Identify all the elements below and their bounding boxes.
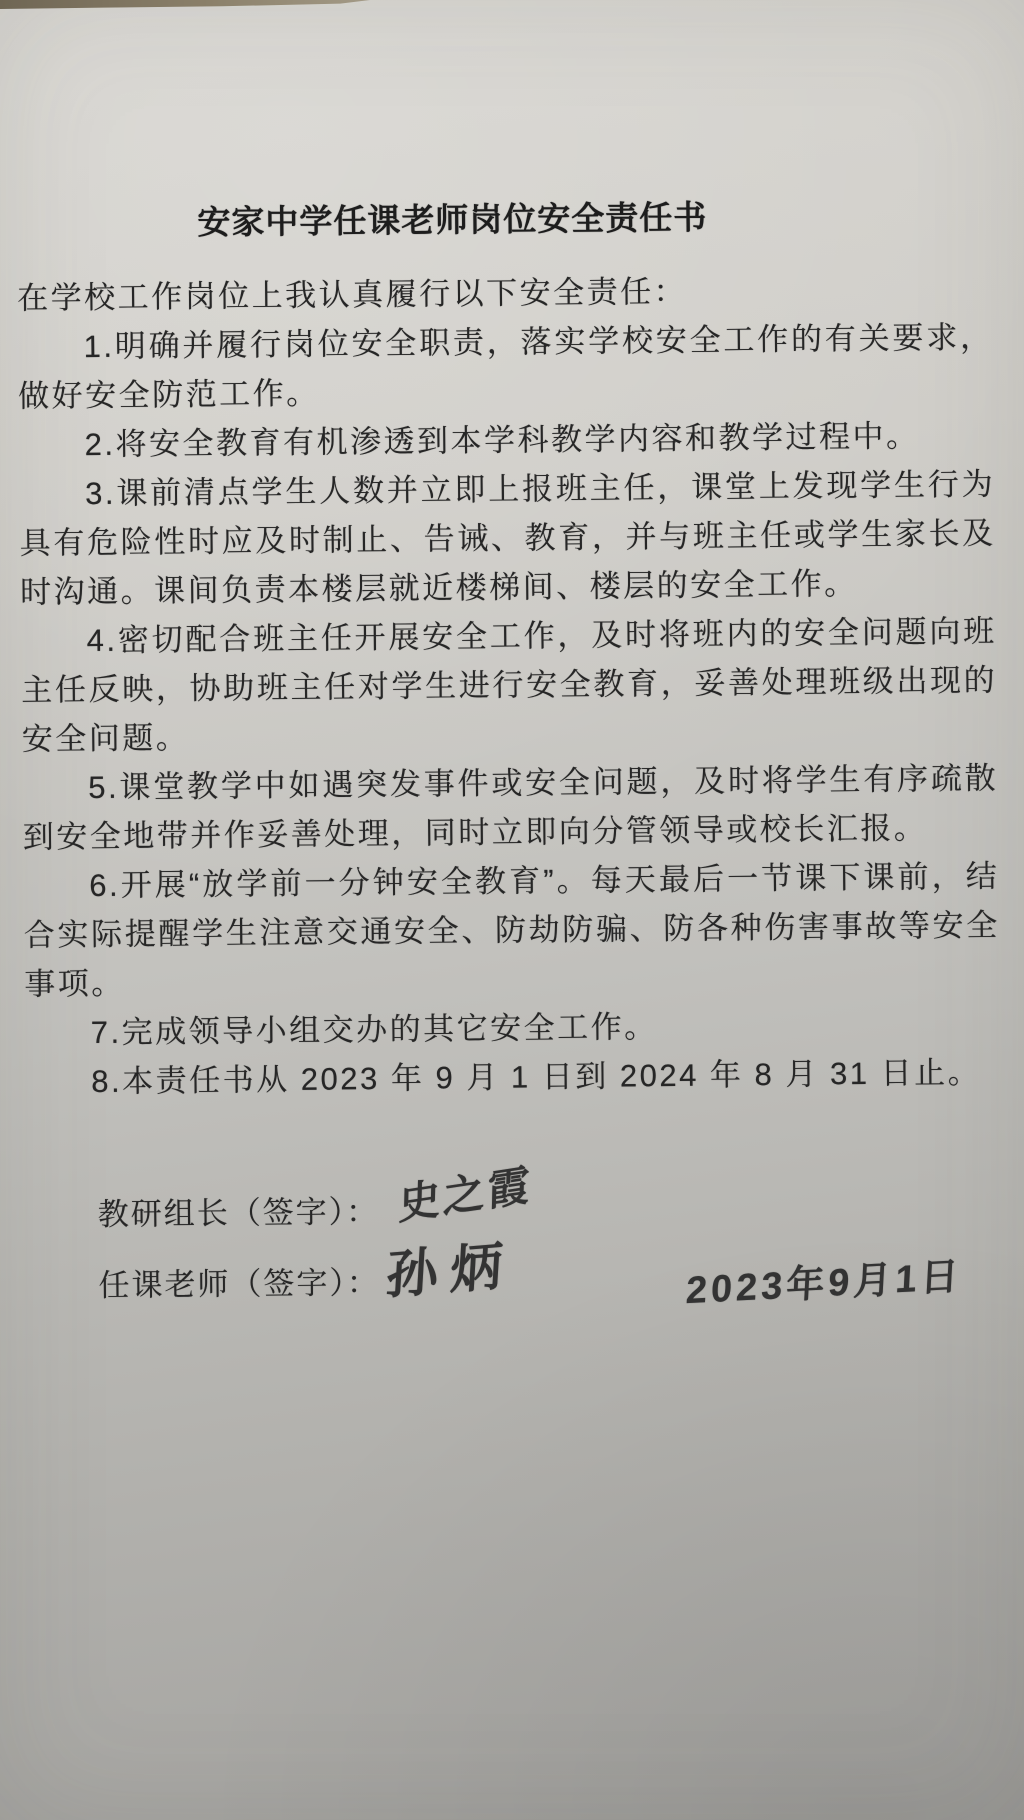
group-leader-signature-label: 教研组长（签字）： [98, 1194, 380, 1232]
responsibility-item-1: 1.明确并履行岗位安全职责，落实学校安全工作的有关要求，做好安全防范工作。 [17, 313, 994, 421]
document-body: 在学校工作岗位上我认真履行以下安全责任： 1.明确并履行岗位安全职责，落实学校安… [17, 264, 1002, 1107]
responsibility-item-6: 6.开展“放学前一分钟安全教育”。每天最后一节课下课前，结合实际提醒学生注意交通… [23, 852, 1000, 1009]
signature-row-group-leader: 教研组长（签字）：史之霞 [97, 1168, 1003, 1235]
teacher-handwritten-signature: 孙炳 [384, 1223, 516, 1309]
responsibility-item-8: 8.本责任书从 2023 年 9 月 1 日到 2024 年 8 月 31 日止… [25, 1048, 1001, 1107]
responsibility-item-3: 3.课前清点学生人数并立即上报班主任，课堂上发现学生行为具有危险性时应及时制止、… [19, 460, 996, 617]
group-leader-handwritten-signature: 史之霞 [397, 1151, 532, 1232]
document-page: 安家中学任课老师岗位安全责任书 在学校工作岗位上我认真履行以下安全责任： 1.明… [0, 0, 1024, 1820]
responsibility-item-5: 5.课堂教学中如遇突发事件或安全问题，及时将学生有序疏散到安全地带并作妥善处理，… [22, 754, 999, 862]
teacher-signature-label: 任课老师（签字）： [98, 1265, 380, 1303]
document-title: 安家中学任课老师岗位安全责任书 [197, 198, 707, 243]
responsibility-item-4: 4.密切配合班主任开展安全工作，及时将班内的安全问题向班主任反映，协助班主任对学… [20, 607, 997, 764]
document-photo: 安家中学任课老师岗位安全责任书 在学校工作岗位上我认真履行以下安全责任： 1.明… [0, 0, 1024, 1820]
